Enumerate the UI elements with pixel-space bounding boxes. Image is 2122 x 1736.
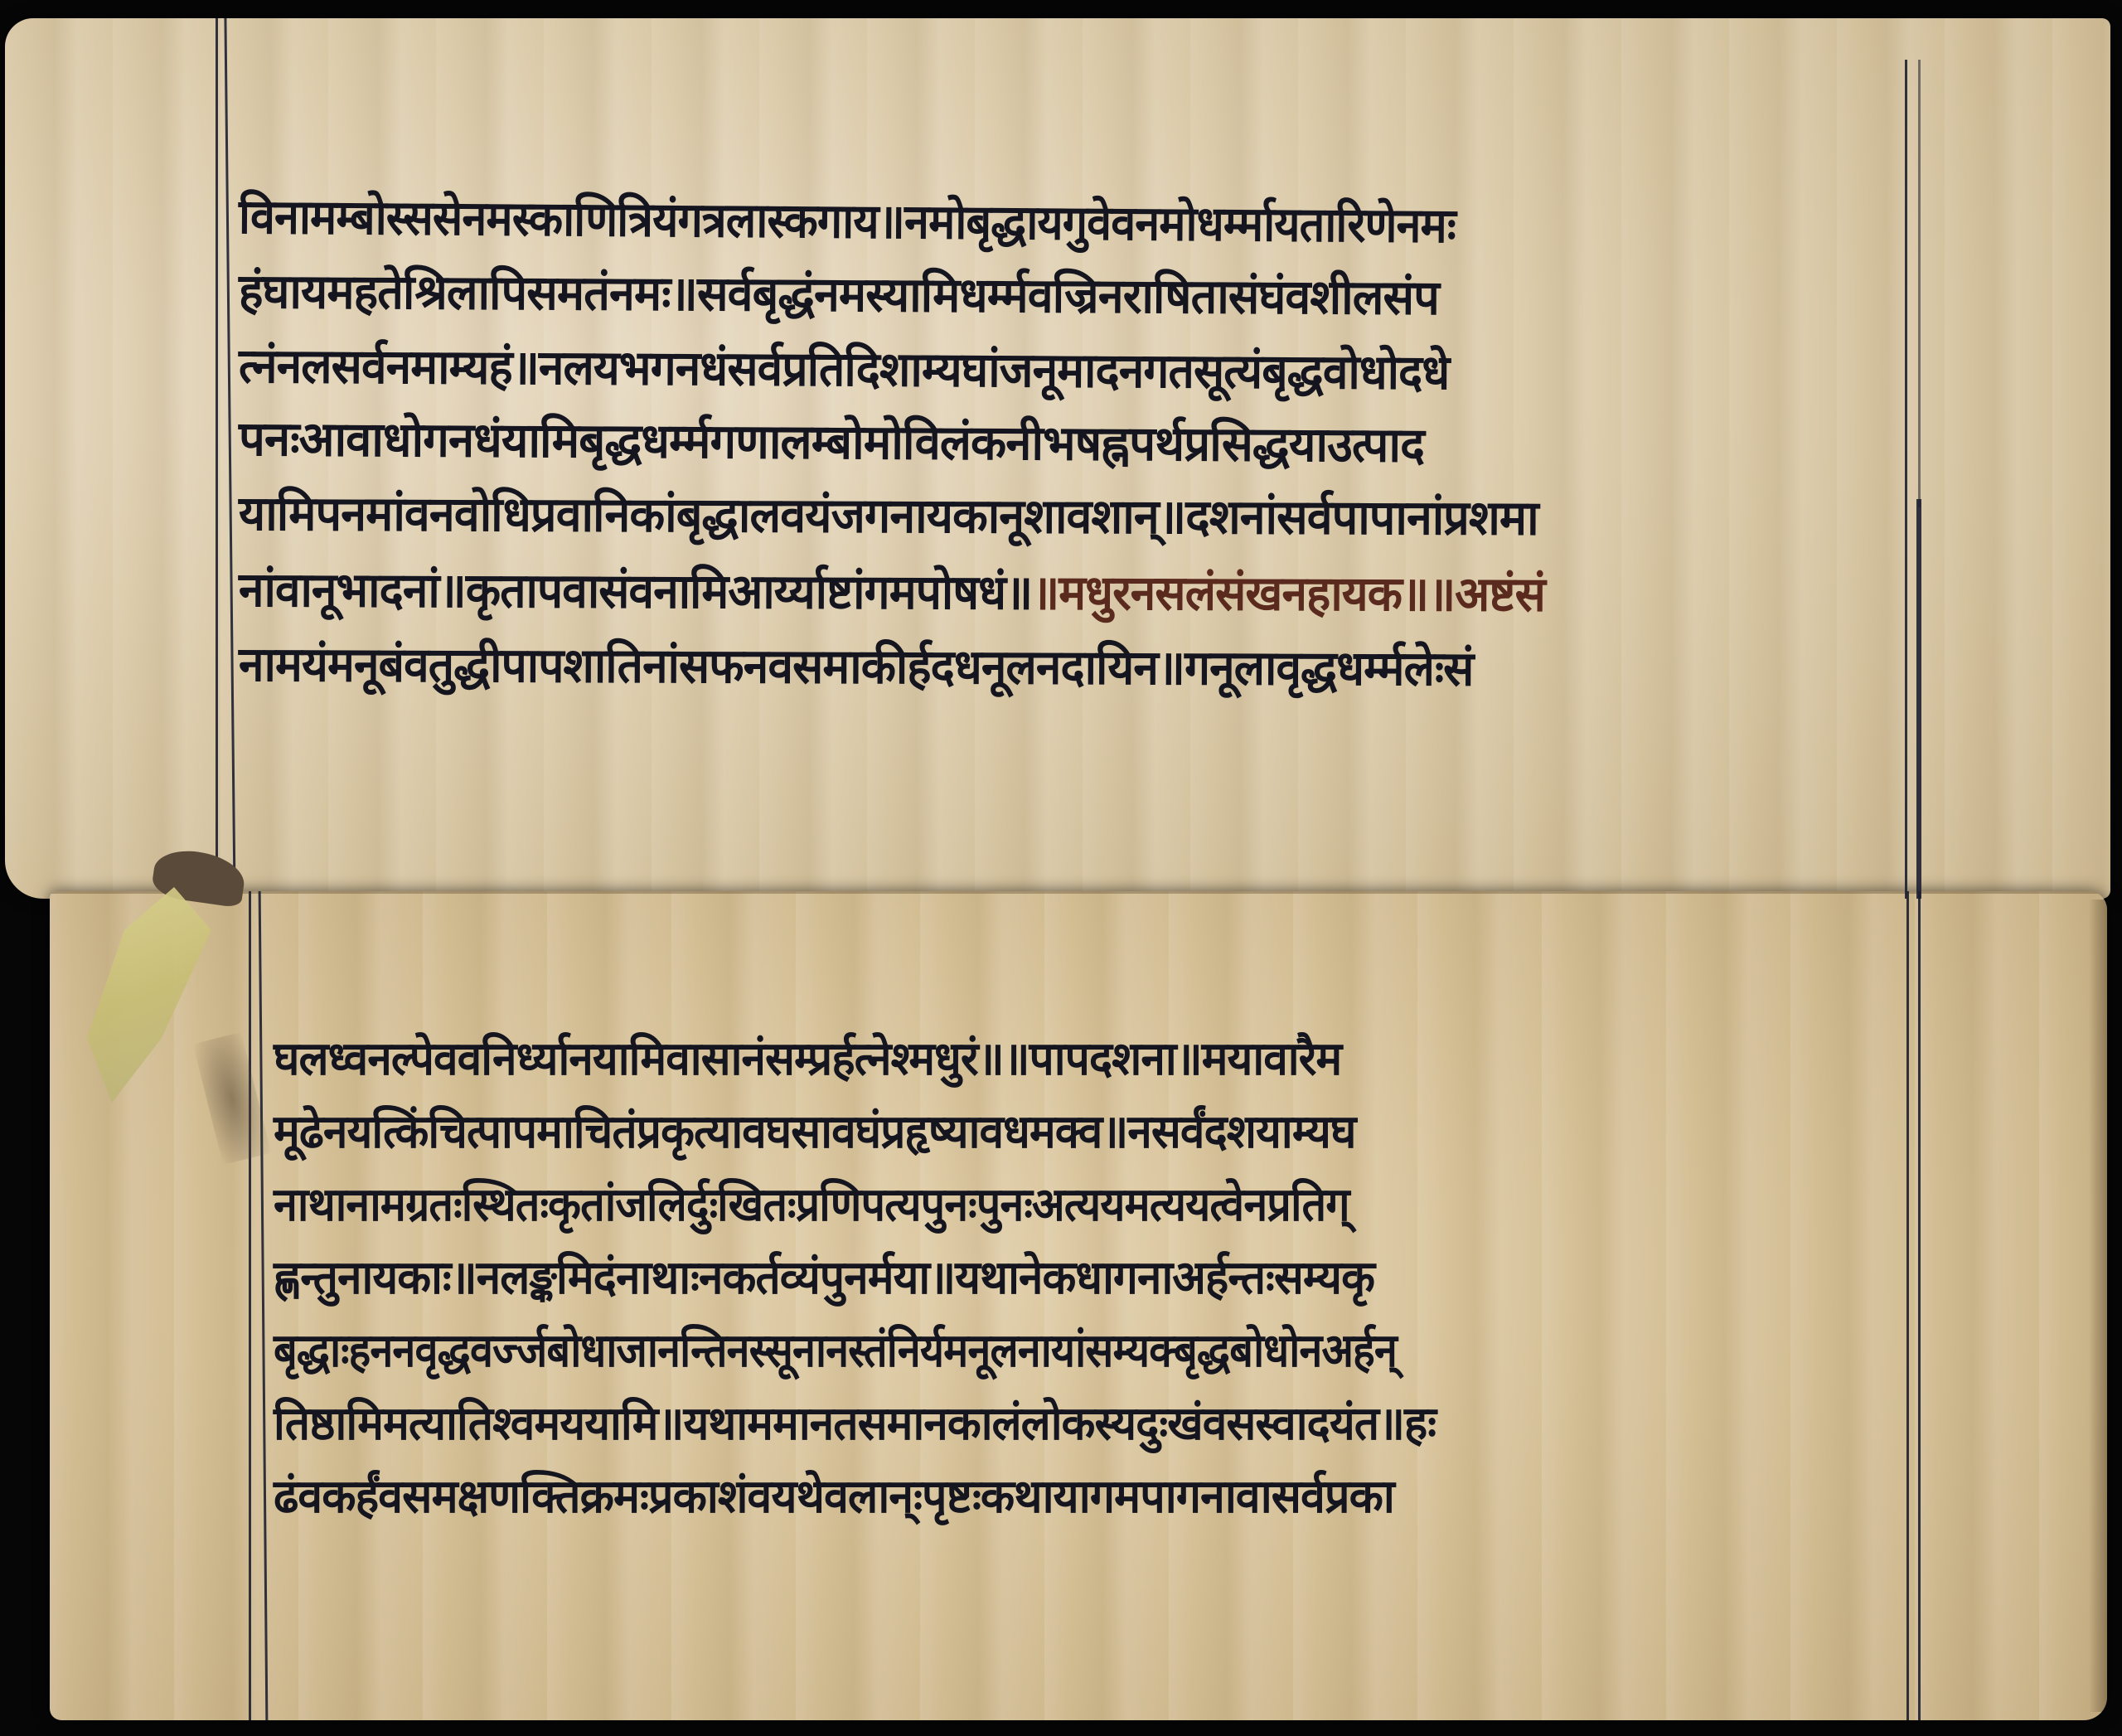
text-line: ह्णन्तुनायकाः॥नलङ्कमिदंनाथाःनकर्तव्यंपुन… <box>274 1255 1374 1302</box>
left-margin-rule-inner <box>224 18 235 899</box>
bottom-folio: घलध्वनल्पेववनिर्ध्यानयामिवासानंसम्प्रर्ह… <box>50 891 2107 1720</box>
left-margin-rule-outer <box>216 18 218 899</box>
text-line: विनामम्बोस्ससेनमस्काणित्रियंगत्रलास्कगाय… <box>239 192 1456 250</box>
text-line: त्नंनलसर्वनमाम्यहं॥नलयभगनधंसर्वप्रतिदिशा… <box>239 342 1450 396</box>
red-ink-segment: ॥मधुरनसलंसंखनहायक॥॥अष्टंसं <box>1032 565 1545 623</box>
torn-corner-patch <box>70 846 253 1127</box>
right-margin-rule-inner <box>1916 499 1921 899</box>
top-folio-text: विनामम्बोस्ससेनमस्काणित्रियंगत्रलास्कगाय… <box>239 192 1913 789</box>
text-line: नामयंमनूबंवतुद्धीपापशातिनांसफनवसमाकीर्हद… <box>239 640 1474 692</box>
left-margin-rule-inner <box>259 891 269 1720</box>
text-line: मूढेनयत्किंचित्पापमाचितंप्रकृत्यावघसावघं… <box>274 1109 1355 1156</box>
text-line: नांवानूभादनां॥कृतापवासंवनामिआर्य्याष्टां… <box>239 565 1545 618</box>
text-line: घलध्वनल्पेववनिर्ध्यानयामिवासानंसम्प्रर्ह… <box>274 1036 1341 1083</box>
text-line: ढंवकर्हंवसमक्षणक्तिक्रमःप्रकाशंवयथेवलान्… <box>274 1474 1394 1520</box>
text-line: यामिपनमांवनवोधिप्रवानिकांबृद्धालवयंजगनाय… <box>239 489 1538 542</box>
page-fold-line <box>50 891 2107 894</box>
bottom-folio-text: घलध्वनल्पेववनिर्ध्यानयामिवासानंसम्प्रर्ह… <box>274 1036 1931 1617</box>
top-folio: विनामम्बोस्ससेनमस्काणित्रियंगत्रलास्कगाय… <box>5 18 2110 899</box>
text-line: नाथानामग्रतःस्थितःकृतांजलिर्दुःखितःप्रणि… <box>274 1182 1349 1229</box>
text-line: हंघायमहतेश्रिलापिसमतंनमः॥सर्वबृद्धंनमस्य… <box>239 267 1439 322</box>
right-margin-rule-inner-faint <box>1918 60 1921 507</box>
text-segment: नांवानूभादनां॥कृतापवासंवनामिआर्य्याष्टां… <box>239 561 1032 621</box>
yellow-mending-patch <box>87 887 211 1103</box>
text-line: बृद्धाःहननवृद्धवर्ज्जबोधाजानन्तिनस्सूनान… <box>274 1328 1397 1375</box>
photo-background: विनामम्बोस्ससेनमस्काणित्रियंगत्रलास्कगाय… <box>0 0 2122 1736</box>
text-line: पनःआवाधोगनधंयामिबृद्धधर्म्मगणालम्बोमोविल… <box>239 415 1424 469</box>
text-line: तिष्ठामिमत्यातिश्वमययामि॥यथाममानतसमानकाल… <box>274 1401 1436 1447</box>
